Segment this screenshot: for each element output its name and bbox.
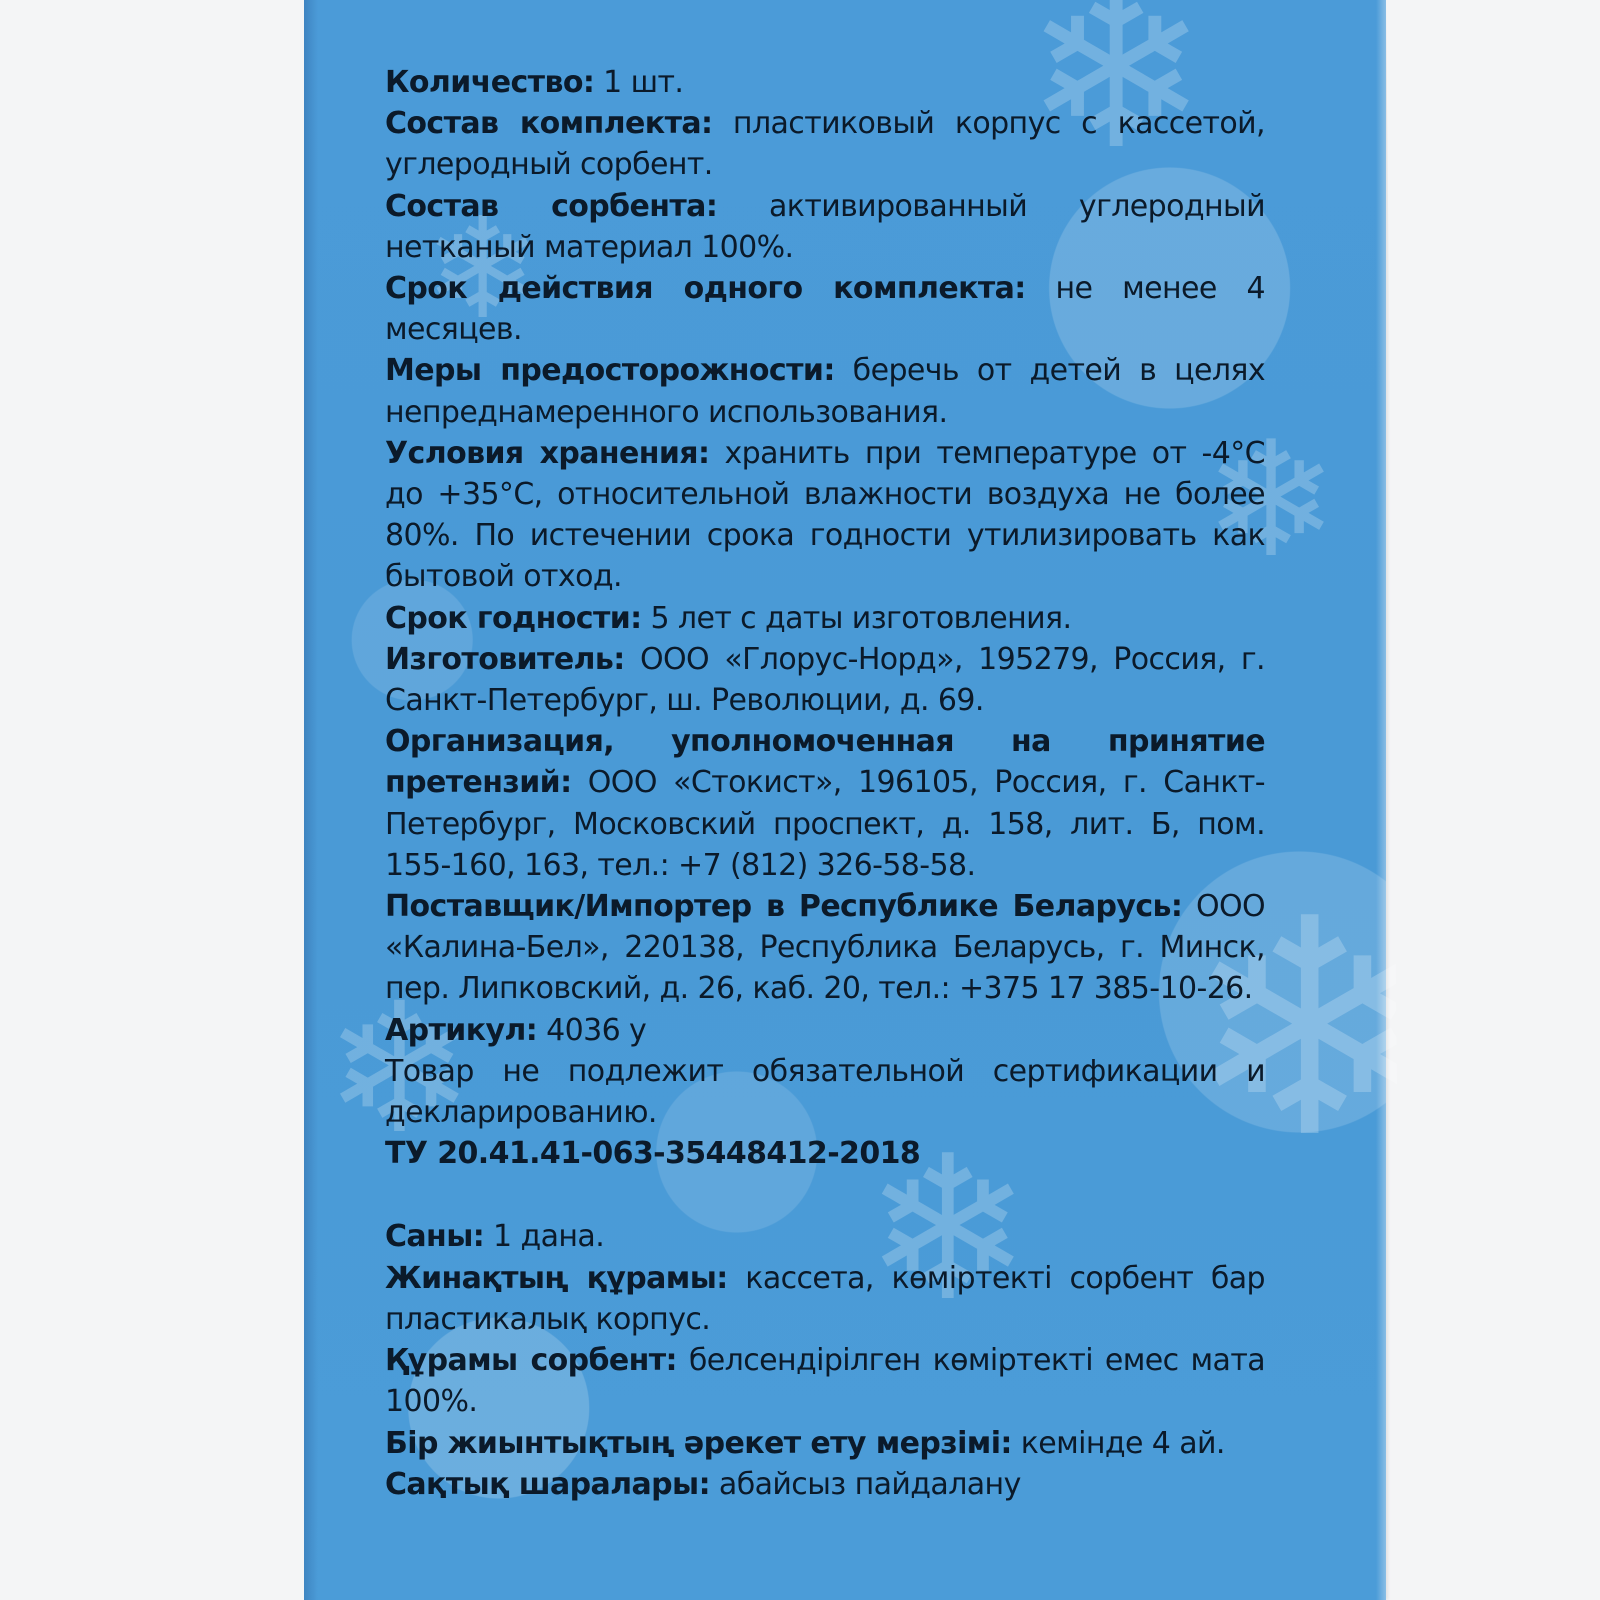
spec-line: Саны: 1 дана. bbox=[385, 1216, 1265, 1257]
section-gap bbox=[385, 1174, 1265, 1216]
spec-line: Бір жиынтықтың әрекет ету мерзімі: кемін… bbox=[385, 1423, 1265, 1464]
spec-line: Изготовитель: ООО «Глорус-Норд», 195279,… bbox=[385, 639, 1265, 721]
tu-code: ТУ 20.41.41-063-35448412-2018 bbox=[385, 1133, 1265, 1174]
spec-line: Поставщик/Импортер в Республике Беларусь… bbox=[385, 886, 1265, 1010]
spec-line: Сақтық шаралары: абайсыз пайдалану bbox=[385, 1464, 1265, 1505]
spec-line: Срок годности: 5 лет с даты изготовления… bbox=[385, 598, 1265, 639]
spec-line: Жинақтың құрамы: кассета, көміртекті сор… bbox=[385, 1258, 1265, 1340]
spec-line: Артикул: 4036 у bbox=[385, 1010, 1265, 1051]
spec-line: Состав сорбента: активированный углеродн… bbox=[385, 186, 1265, 268]
spec-line: Меры предосторожности: беречь от детей в… bbox=[385, 350, 1265, 432]
spec-line: Товар не подлежит обязательной сертифика… bbox=[385, 1051, 1265, 1133]
label-text: Количество: 1 шт. Состав комплекта: плас… bbox=[385, 62, 1265, 1505]
kazakh-section: Саны: 1 дана. Жинақтың құрамы: кассета, … bbox=[385, 1216, 1265, 1504]
spec-line: Условия хранения: хранить при температур… bbox=[385, 433, 1265, 598]
russian-section: Количество: 1 шт. Состав комплекта: плас… bbox=[385, 62, 1265, 1174]
spec-line: Количество: 1 шт. bbox=[385, 62, 1265, 103]
spec-line: Құрамы сорбент: белсендірілген көміртект… bbox=[385, 1340, 1265, 1422]
spec-line: Организация, уполномоченная на принятие … bbox=[385, 721, 1265, 886]
spec-line: Срок действия одного комплекта: не менее… bbox=[385, 268, 1265, 350]
spec-line: Состав комплекта: пластиковый корпус с к… bbox=[385, 103, 1265, 185]
